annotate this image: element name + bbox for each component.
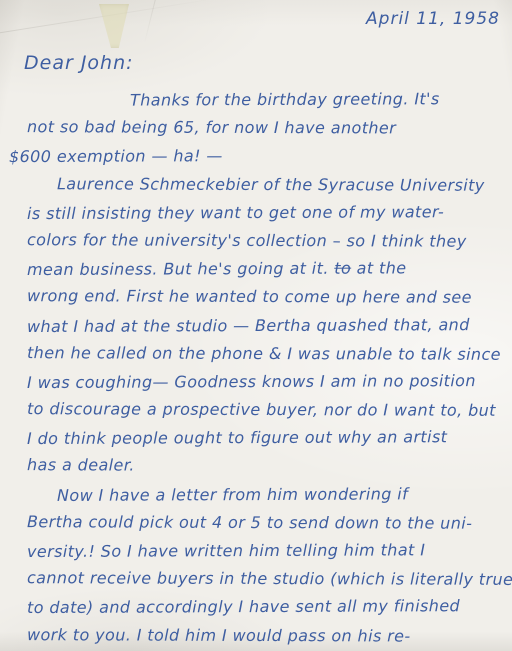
- letter-line: colors for the university's collection –…: [27, 226, 506, 256]
- paper-crease: [144, 0, 157, 43]
- letter-body: Thanks for the birthday greeting. It's n…: [27, 86, 506, 650]
- letter-line: I do think people ought to figure out wh…: [27, 423, 506, 453]
- letter-date: April 11, 1958: [366, 9, 500, 29]
- letter-line: wrong end. First he wanted to come up he…: [27, 282, 506, 312]
- letter-salutation: Dear John:: [24, 52, 134, 74]
- letter-line: Thanks for the birthday greeting. It's: [27, 85, 506, 115]
- letter-line: I was coughing— Goodness knows I am in n…: [27, 367, 506, 397]
- letter-line: Now I have a letter from him wondering i…: [27, 480, 506, 510]
- line-segment: at the: [351, 259, 406, 278]
- letter-line: versity.! So I have written him telling …: [27, 536, 506, 566]
- letter-line: $600 exemption — ha! —: [9, 141, 506, 171]
- letter-line: Laurence Schmeckebier of the Syracuse Un…: [27, 170, 506, 200]
- letter-line: cannot receive buyers in the studio (whi…: [27, 564, 506, 594]
- letter-line: then he called on the phone & I was unab…: [27, 339, 506, 369]
- letter-line: what I had at the studio — Bertha quashe…: [27, 310, 506, 340]
- letter-line: has a dealer.: [27, 452, 506, 482]
- letter-line: to date) and accordingly I have sent all…: [27, 592, 506, 622]
- letter-line: not so bad being 65, for now I have anot…: [27, 113, 506, 143]
- letter-line: mean business. But he's going at it. to …: [27, 254, 506, 284]
- letter-line: work to you. I told him I would pass on …: [27, 621, 506, 651]
- letter-line: to discourage a prospective buyer, nor d…: [27, 395, 506, 425]
- struck-word: to: [334, 259, 351, 278]
- letter-page: April 11, 1958 Dear John: Thanks for the…: [0, 0, 512, 651]
- tape-remnant: [99, 4, 129, 48]
- letter-line: is still insisting they want to get one …: [27, 198, 506, 228]
- line-segment: mean business. But he's going at it.: [27, 259, 334, 279]
- letter-line: Bertha could pick out 4 or 5 to send dow…: [27, 508, 506, 538]
